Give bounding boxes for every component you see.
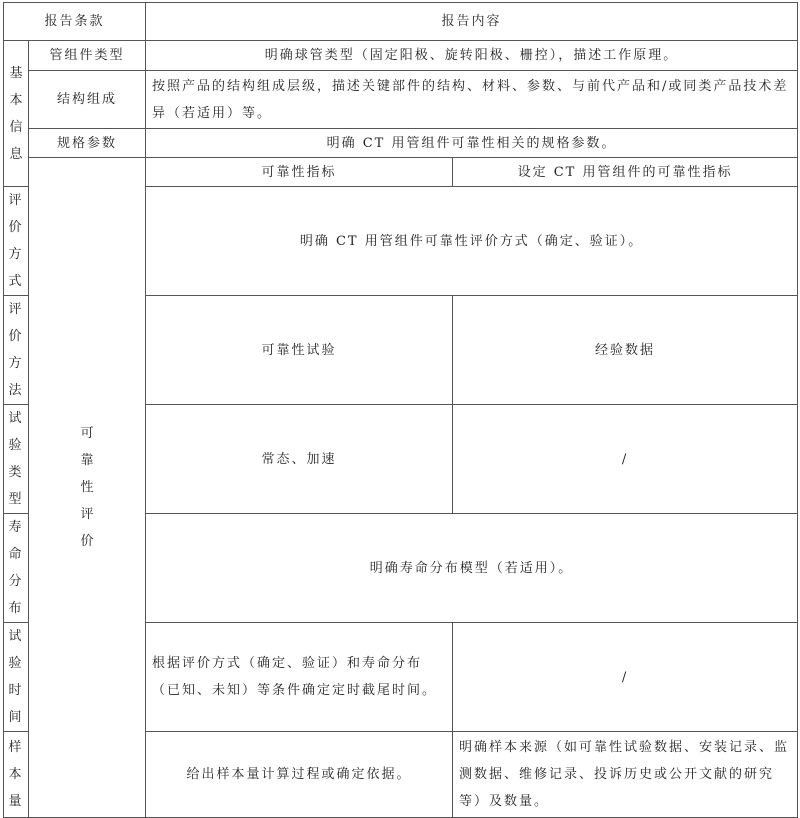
cell-empirical-data: 经验数据 (453, 296, 798, 405)
row-label: 管组件类型 (29, 41, 146, 71)
row-label: 规格参数 (29, 129, 146, 158)
cell-test-type: 常态、加速 (146, 405, 453, 446)
table-header-row: 报告条款 报告内容 (4, 3, 798, 41)
table-row: 基本信息 管组件类型 明确球管类型（固定阳极、旋转阳极、栅控），描述工作原理。 (4, 41, 798, 71)
table-row: 规格参数 明确 CT 用管组件可靠性相关的规格参数。 (4, 129, 798, 158)
header-content: 报告内容 (146, 3, 798, 41)
row-label: 可靠性指标 (146, 158, 453, 187)
row-label: 评价方法 (4, 296, 29, 405)
row-label: 结构组成 (29, 71, 146, 129)
row-content: 按照产品的结构组成层级，描述关键部件的结构、材料、参数、与前代产品和/或同类产品… (146, 71, 798, 129)
report-requirements-table: 报告条款 报告内容 基本信息 管组件类型 明确球管类型（固定阳极、旋转阳极、栅控… (3, 2, 798, 445)
table-row: 可靠性评价 可靠性指标 设定 CT 用管组件的可靠性指标 (4, 158, 798, 187)
cell-test-type-empirical: / (453, 405, 798, 446)
row-label: 试验类型 (4, 405, 29, 446)
row-content: 明确球管类型（固定阳极、旋转阳极、栅控），描述工作原理。 (146, 41, 798, 71)
group-basic-info: 基本信息 (4, 41, 29, 187)
group-reliability-eval: 可靠性评价 (29, 158, 146, 446)
row-content: 明确 CT 用管组件可靠性评价方式（确定、验证）。 (146, 187, 798, 296)
row-content: 设定 CT 用管组件的可靠性指标 (453, 158, 798, 187)
cell-reliability-test: 可靠性试验 (146, 296, 453, 405)
row-label: 评价方式 (4, 187, 29, 296)
header-clause: 报告条款 (4, 3, 146, 41)
row-content: 明确 CT 用管组件可靠性相关的规格参数。 (146, 129, 798, 158)
table-row: 结构组成 按照产品的结构组成层级，描述关键部件的结构、材料、参数、与前代产品和/… (4, 71, 798, 129)
